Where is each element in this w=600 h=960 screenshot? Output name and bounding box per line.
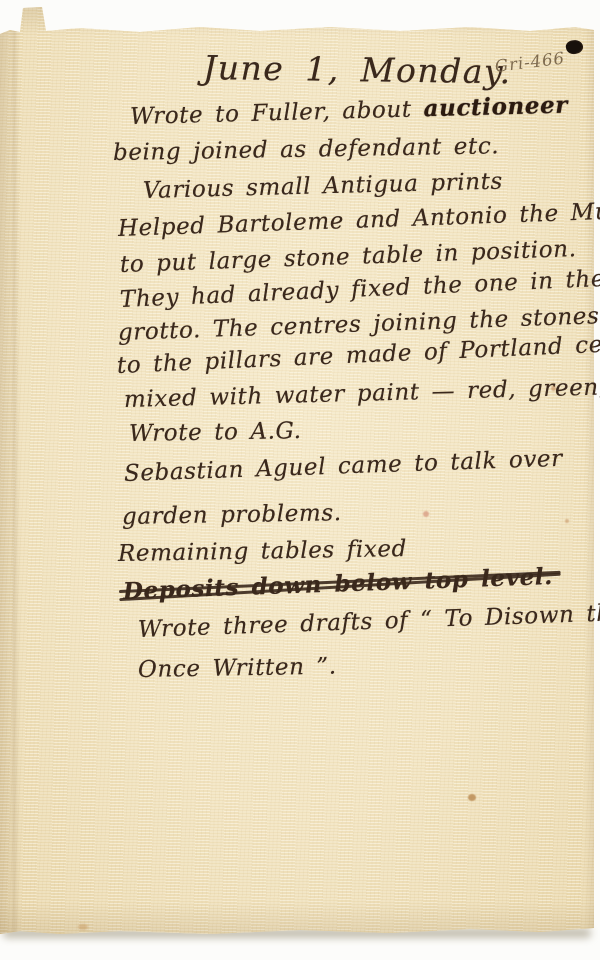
handwriting-line: Remaining tables fixed [118,536,407,567]
handwriting-line: Wrote to A.G. [129,418,302,447]
handwriting-line: Once Written ”. [138,654,337,683]
foxing-spot [565,519,569,523]
emphasized-word: auctioneer [423,92,568,123]
date-heading: June 1, Monday. [203,48,512,91]
handwriting-line: garden problems. [122,500,342,530]
foxing-spot [468,794,476,801]
foxing-spot [423,511,429,517]
foxing-spot [78,924,88,930]
foxing-spot [551,386,556,391]
scanned-journal-page: { "page": { "background_color": "#fcfcfa… [0,0,600,960]
